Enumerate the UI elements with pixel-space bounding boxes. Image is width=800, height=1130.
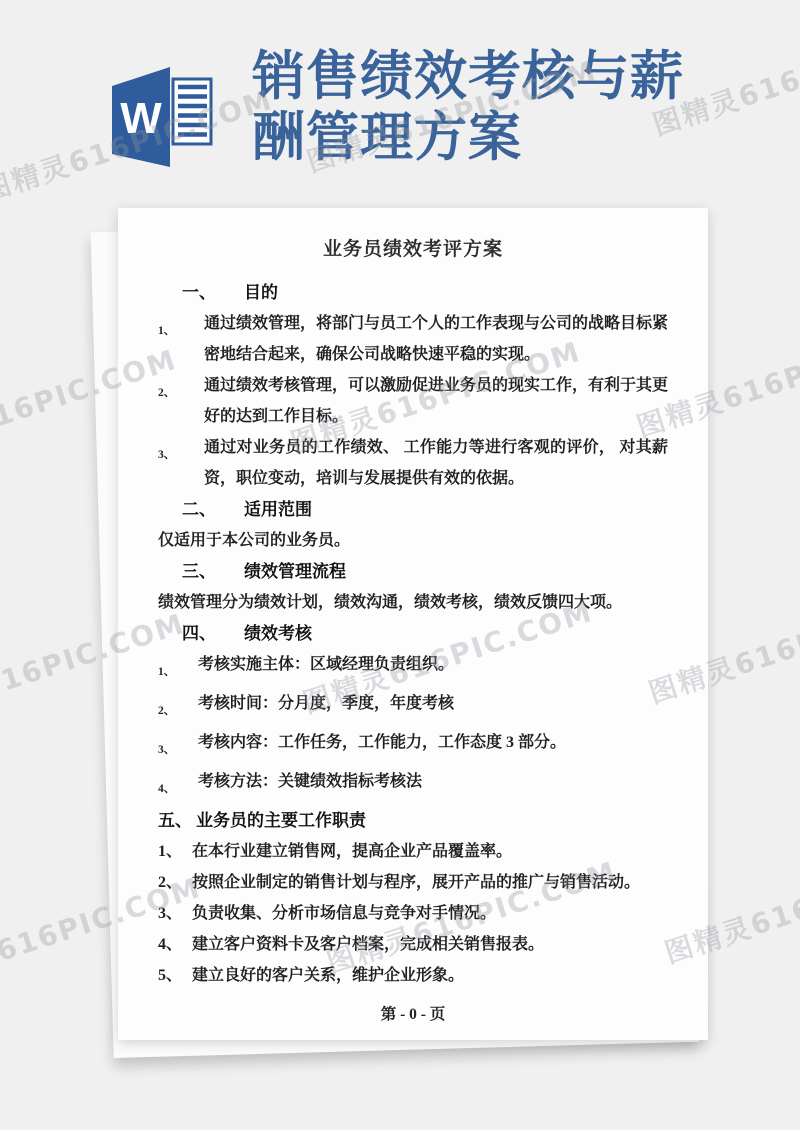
list-marker: 5、 bbox=[158, 960, 192, 991]
list-marker: 1、 bbox=[158, 836, 192, 867]
list-text: 建立良好的客户关系，维护企业形象。 bbox=[192, 960, 668, 991]
section-label: 绩效考核 bbox=[244, 618, 312, 649]
list-text: 按照企业制定的销售计划与程序，展开产品的推广与销售活动。 bbox=[192, 867, 668, 898]
section-label: 绩效管理流程 bbox=[244, 556, 346, 587]
list-marker: 3、 bbox=[158, 898, 192, 929]
section-number: 二、 bbox=[182, 494, 216, 525]
section-label: 业务员的主要工作职责 bbox=[196, 805, 366, 836]
list-marker: 4、 bbox=[158, 766, 198, 805]
section-heading-3: 三、 绩效管理流程 bbox=[182, 556, 668, 587]
section-number: 三、 bbox=[182, 556, 216, 587]
list-item: 2、 按照企业制定的销售计划与程序，展开产品的推广与销售活动。 bbox=[158, 867, 668, 898]
list-item: 2、 考核时间：分月度，季度，年度考核 bbox=[158, 688, 668, 727]
list-item: 3、 通过对业务员的工作绩效、 工作能力等进行客观的评价， 对其薪资，职位变动，… bbox=[158, 432, 668, 494]
list-text: 考核实施主体：区域经理负责组织。 bbox=[198, 649, 668, 688]
section-heading-2: 二、 适用范围 bbox=[182, 494, 668, 525]
list-item: 1、 考核实施主体：区域经理负责组织。 bbox=[158, 649, 668, 688]
list-item: 4、 建立客户资料卡及客户档案，完成相关销售报表。 bbox=[158, 929, 668, 960]
list-marker: 3、 bbox=[158, 432, 204, 494]
page-title: 销售绩效考核与薪 酬管理方案 bbox=[252, 46, 684, 168]
list-marker: 4、 bbox=[158, 929, 192, 960]
list-item: 4、 考核方法：关键绩效指标考核法 bbox=[158, 766, 668, 805]
list-marker: 1、 bbox=[158, 649, 198, 688]
list-text: 在本行业建立销售网，提高企业产品覆盖率。 bbox=[192, 836, 668, 867]
document-title: 业务员绩效考评方案 bbox=[158, 234, 668, 265]
list-item: 1、 在本行业建立销售网，提高企业产品覆盖率。 bbox=[158, 836, 668, 867]
list-marker: 3、 bbox=[158, 727, 198, 766]
list-text: 负责收集、分析市场信息与竞争对手情况。 bbox=[192, 898, 668, 929]
list-item: 3、 考核内容：工作任务，工作能力，工作态度 3 部分。 bbox=[158, 727, 668, 766]
list-marker: 2、 bbox=[158, 370, 204, 432]
list-item: 5、 建立良好的客户关系，维护企业形象。 bbox=[158, 960, 668, 991]
list-marker: 2、 bbox=[158, 688, 198, 727]
list-text: 通过绩效管理，将部门与员工个人的工作表现与公司的战略目标紧密地结合起来，确保公司… bbox=[204, 308, 668, 370]
section-heading-1: 一、 目的 bbox=[182, 277, 668, 308]
section-heading-4: 四、 绩效考核 bbox=[182, 618, 668, 649]
document-page: 业务员绩效考评方案 一、 目的 1、 通过绩效管理，将部门与员工个人的工作表现与… bbox=[118, 208, 708, 1040]
page-title-line1: 销售绩效考核与薪 bbox=[252, 46, 684, 107]
list-text: 考核时间：分月度，季度，年度考核 bbox=[198, 688, 668, 727]
section-number: 一、 bbox=[182, 277, 216, 308]
list-marker: 1、 bbox=[158, 308, 204, 370]
list-text: 通过对业务员的工作绩效、 工作能力等进行客观的评价， 对其薪资，职位变动，培训与… bbox=[204, 432, 668, 494]
section-heading-5: 五、 业务员的主要工作职责 bbox=[158, 805, 668, 836]
list-item: 3、 负责收集、分析市场信息与竞争对手情况。 bbox=[158, 898, 668, 929]
page-number-footer: 第 - 0 - 页 bbox=[158, 999, 668, 1030]
word-icon: W bbox=[107, 57, 213, 175]
list-item: 1、 通过绩效管理，将部门与员工个人的工作表现与公司的战略目标紧密地结合起来，确… bbox=[158, 308, 668, 370]
section-label: 目的 bbox=[244, 277, 278, 308]
list-text: 考核内容：工作任务，工作能力，工作态度 3 部分。 bbox=[198, 727, 668, 766]
paragraph: 绩效管理分为绩效计划，绩效沟通，绩效考核，绩效反馈四大项。 bbox=[158, 587, 668, 618]
list-text: 通过绩效考核管理，可以激励促进业务员的现实工作，有利于其更好的达到工作目标。 bbox=[204, 370, 668, 432]
section-label: 适用范围 bbox=[244, 494, 312, 525]
paragraph: 仅适用于本公司的业务员。 bbox=[158, 525, 668, 556]
section-number: 五、 bbox=[158, 805, 192, 836]
section-number: 四、 bbox=[182, 618, 216, 649]
list-text: 考核方法：关键绩效指标考核法 bbox=[198, 766, 668, 805]
list-item: 2、 通过绩效考核管理，可以激励促进业务员的现实工作，有利于其更好的达到工作目标… bbox=[158, 370, 668, 432]
list-marker: 2、 bbox=[158, 867, 192, 898]
word-icon-letter: W bbox=[120, 94, 162, 143]
page-title-line2: 酬管理方案 bbox=[252, 107, 684, 168]
list-text: 建立客户资料卡及客户档案，完成相关销售报表。 bbox=[192, 929, 668, 960]
